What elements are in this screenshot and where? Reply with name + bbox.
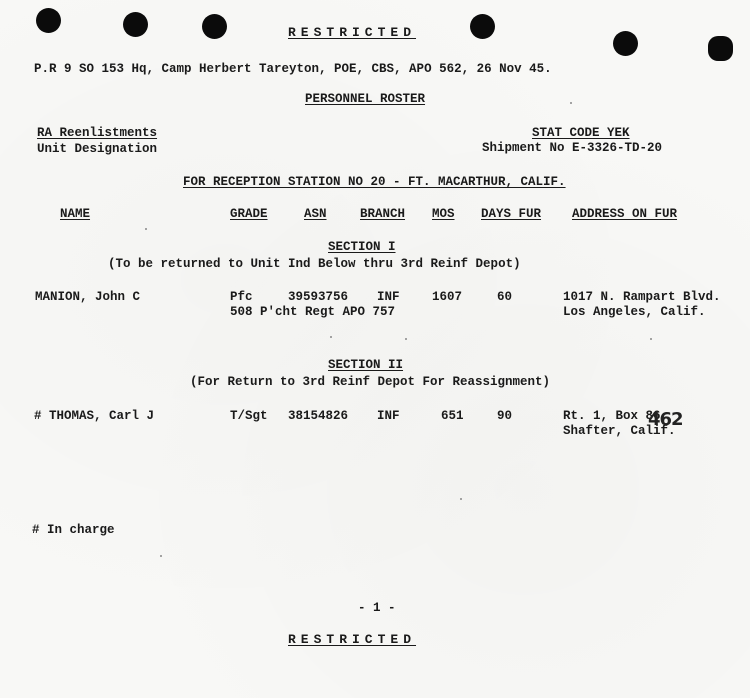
hole-punch — [202, 14, 227, 39]
column-header-name: NAME — [60, 207, 90, 221]
row-unit-note: 508 P'cht Regt APO 757 — [230, 305, 395, 319]
footnote: # In charge — [32, 523, 115, 537]
row-days-fur: 60 — [497, 290, 512, 304]
section-2-heading: SECTION II — [328, 358, 403, 372]
hole-punch — [123, 12, 148, 37]
classification-bottom: RESTRICTED — [288, 633, 416, 647]
hole-punch — [708, 36, 733, 61]
unit-line-2: Unit Designation — [37, 142, 157, 156]
column-header-branch: BRANCH — [360, 207, 405, 221]
row-mos: 651 — [441, 409, 464, 423]
row-address-line-1: 1017 N. Rampart Blvd. — [563, 290, 721, 304]
column-header-address: ADDRESS ON FUR — [572, 207, 677, 221]
column-header-mos: MOS — [432, 207, 455, 221]
classification-top: RESTRICTED — [288, 26, 416, 40]
section-2-subheading: (For Return to 3rd Reinf Depot For Reass… — [190, 375, 550, 389]
column-header-grade: GRADE — [230, 207, 268, 221]
row-asn: 39593756 — [288, 290, 348, 304]
section-1-heading: SECTION I — [328, 240, 396, 254]
stamp-number: 462 — [648, 409, 683, 430]
destination: FOR RECEPTION STATION NO 20 - FT. MACART… — [183, 175, 566, 189]
document-title: PERSONNEL ROSTER — [305, 92, 425, 106]
section-1-subheading: (To be returned to Unit Ind Below thru 3… — [108, 257, 521, 271]
shipment-number: Shipment No E-3326-TD-20 — [482, 141, 662, 155]
document-page: RESTRICTED P.R 9 SO 153 Hq, Camp Herbert… — [0, 0, 750, 698]
row-grade: Pfc — [230, 290, 253, 304]
row-mos: 1607 — [432, 290, 462, 304]
hole-punch — [470, 14, 495, 39]
row-branch: INF — [377, 409, 400, 423]
order-reference: P.R 9 SO 153 Hq, Camp Herbert Tareyton, … — [34, 62, 552, 76]
row-name: MANION, John C — [35, 290, 140, 304]
stat-code: STAT CODE YEK — [532, 126, 630, 140]
column-header-asn: ASN — [304, 207, 327, 221]
hole-punch — [613, 31, 638, 56]
hole-punch — [36, 8, 61, 33]
row-grade: T/Sgt — [230, 409, 268, 423]
row-asn: 38154826 — [288, 409, 348, 423]
page-number: - 1 - — [358, 601, 396, 615]
unit-line-1: RA Reenlistments — [37, 126, 157, 140]
row-branch: INF — [377, 290, 400, 304]
row-days-fur: 90 — [497, 409, 512, 423]
column-header-days-fur: DAYS FUR — [481, 207, 541, 221]
row-name: # THOMAS, Carl J — [34, 409, 154, 423]
row-address-line-2: Los Angeles, Calif. — [563, 305, 706, 319]
row-address-line-1: Rt. 1, Box 86 — [563, 409, 661, 423]
